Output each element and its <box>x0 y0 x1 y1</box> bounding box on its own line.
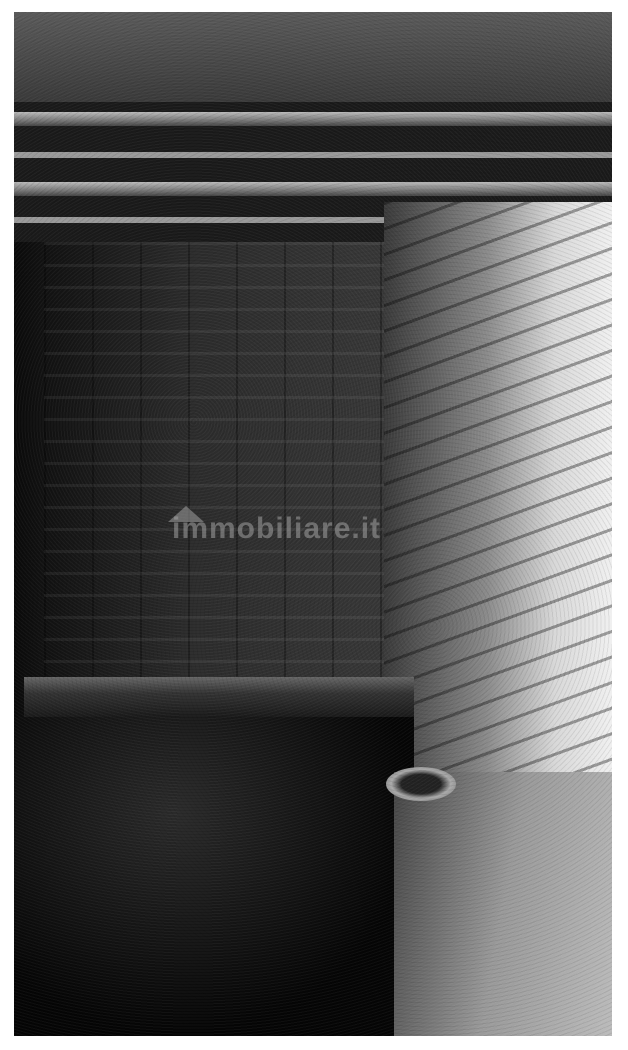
watermark: immobiliare.it <box>168 512 381 546</box>
house-icon <box>168 506 204 522</box>
